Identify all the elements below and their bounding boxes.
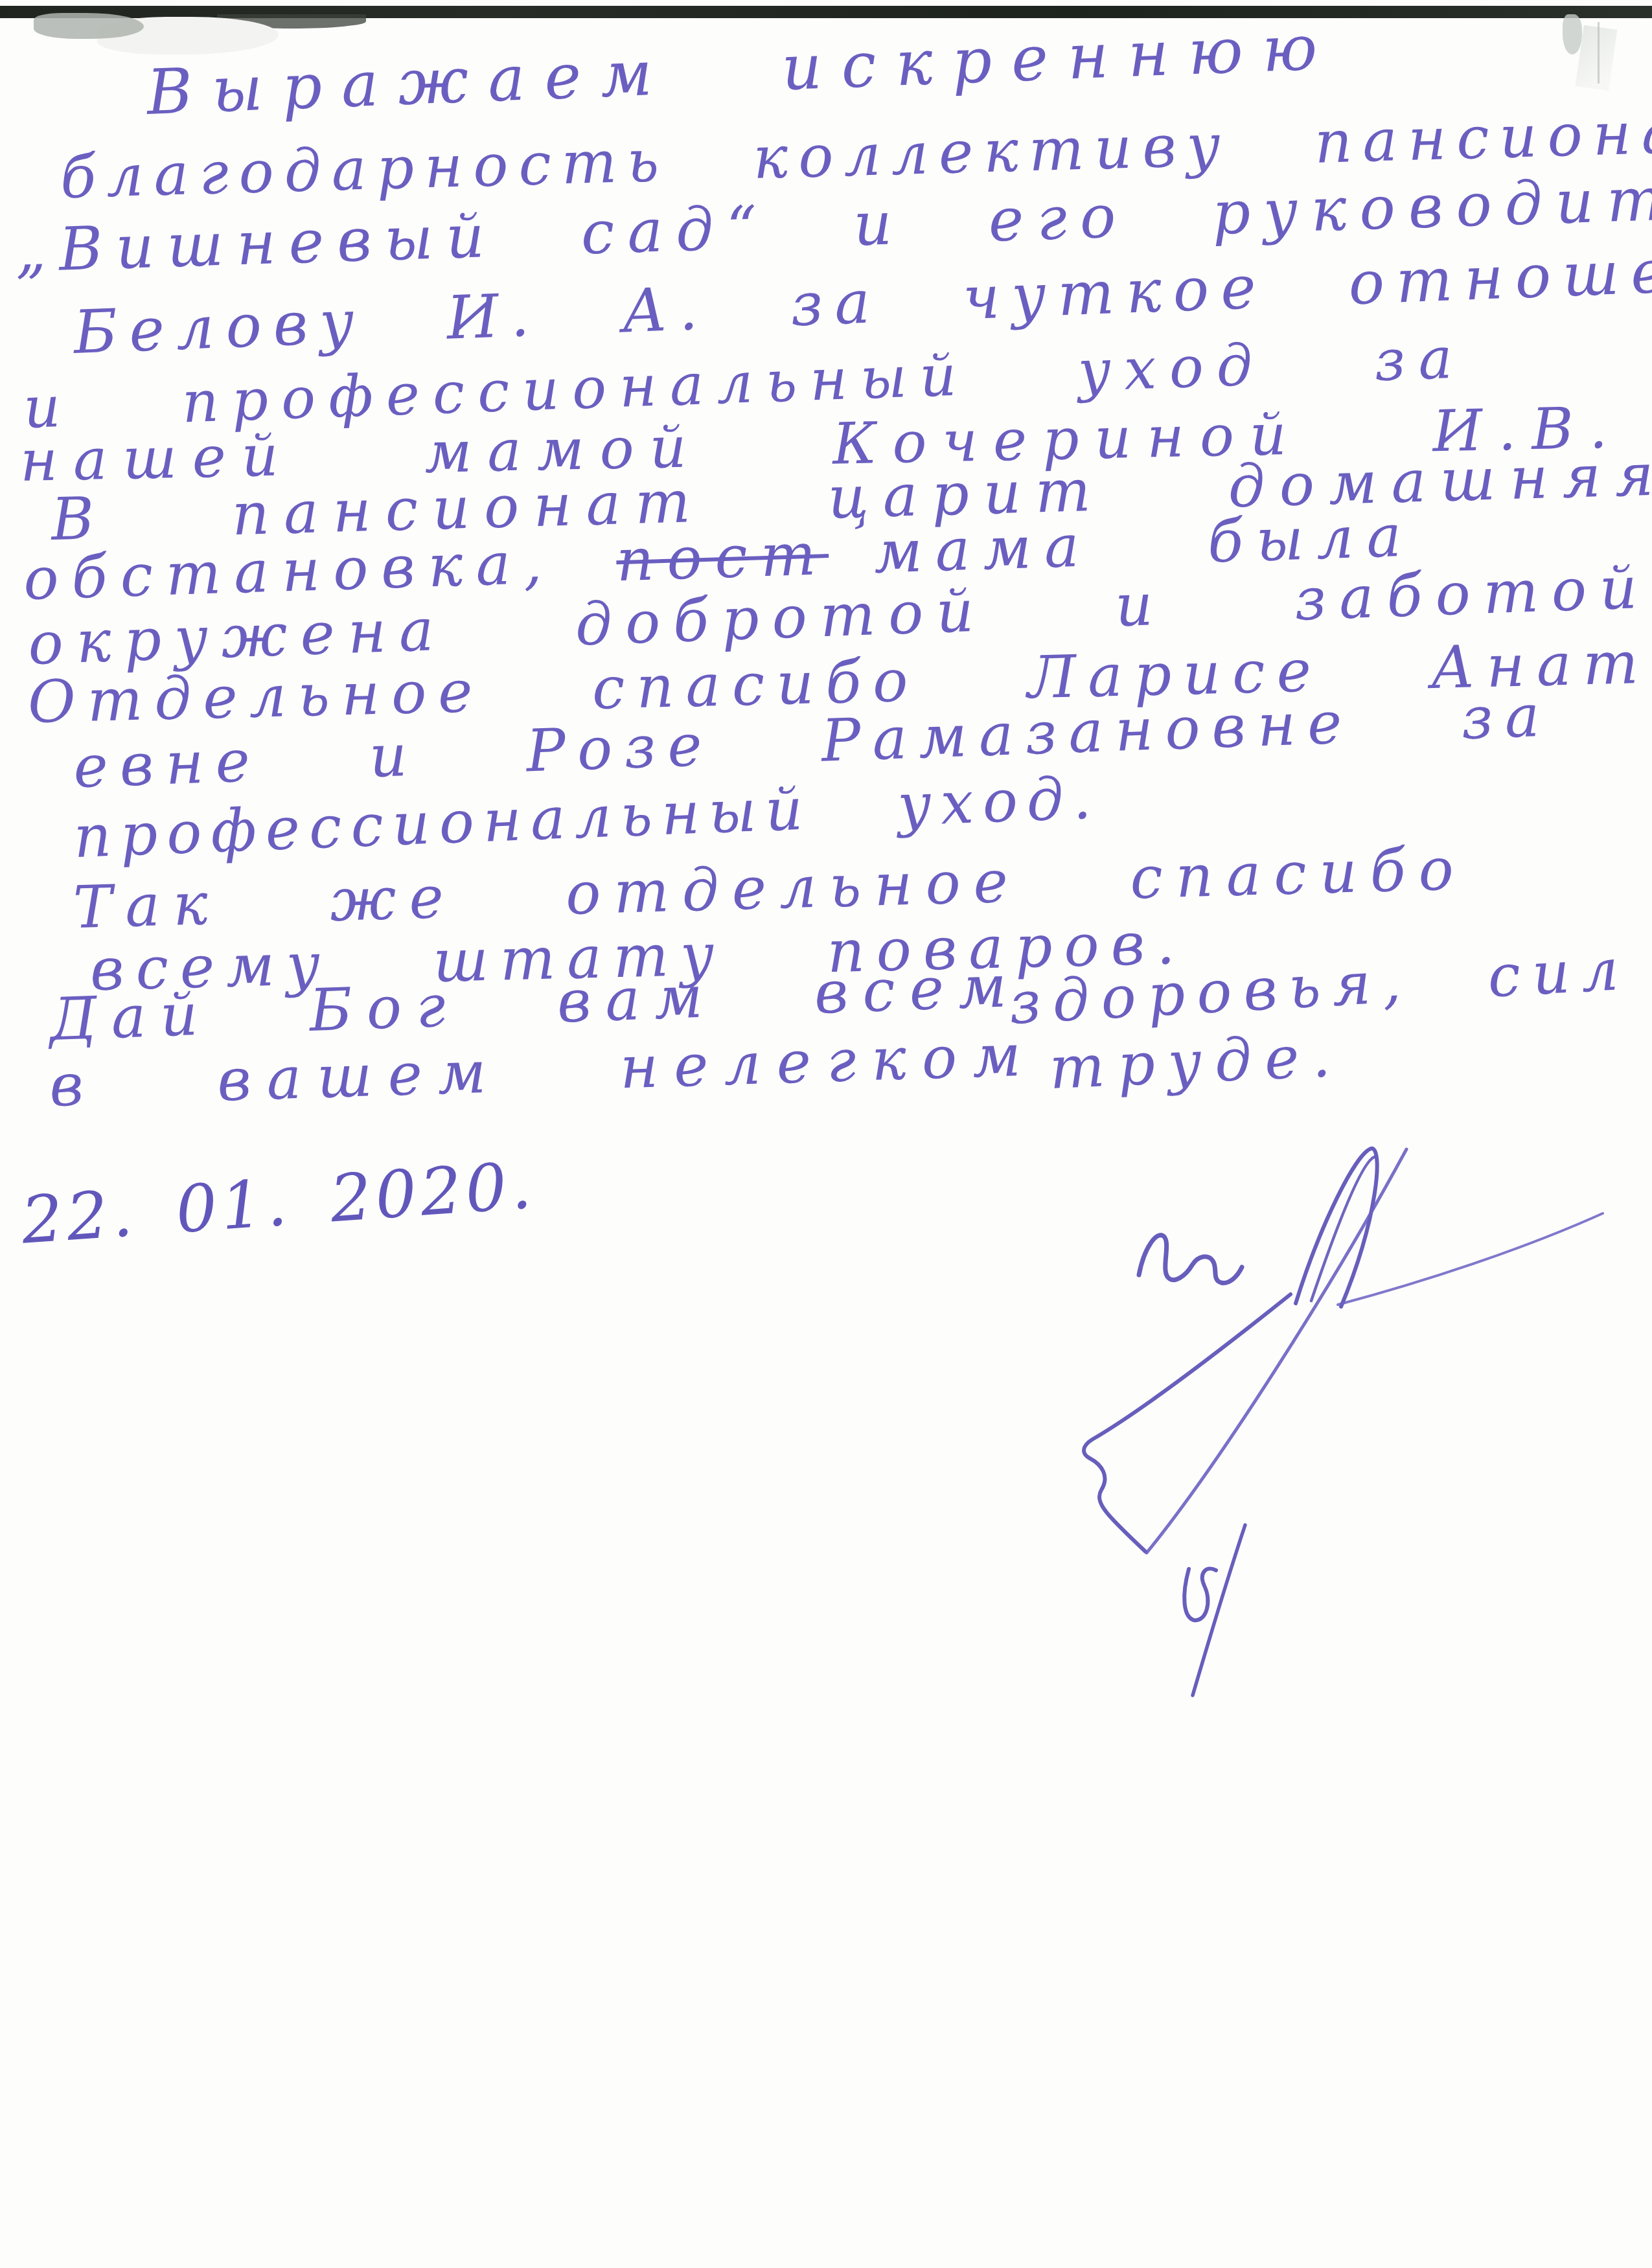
handwritten-line-1: Выражаем искреннюю bbox=[146, 16, 1338, 123]
handwritten-line-16-right: труде. bbox=[1048, 1027, 1345, 1098]
scanned-letter-page: Выражаем искреннюю благодарность коллект… bbox=[0, 0, 1652, 2268]
paper-edge-line bbox=[1598, 22, 1600, 84]
signature bbox=[1037, 1127, 1620, 1710]
torn-paper-mark bbox=[34, 13, 144, 39]
scan-smudge-right bbox=[1563, 14, 1582, 54]
handwritten-date: 22. 01. 2020. bbox=[19, 1153, 537, 1254]
